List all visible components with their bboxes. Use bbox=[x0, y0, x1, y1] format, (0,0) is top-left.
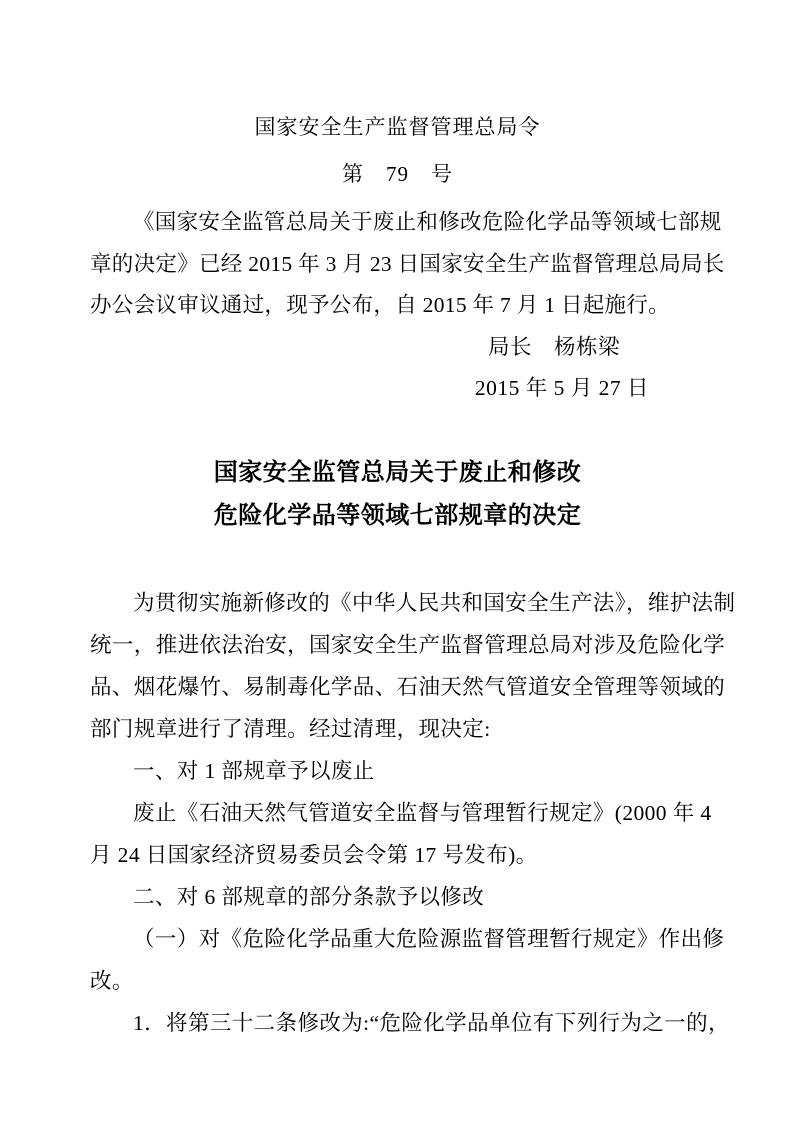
body-line: 部门规章进行了清理。经过清理，现决定: bbox=[90, 708, 705, 750]
signature-signer: 局长 杨栋梁 bbox=[90, 327, 705, 369]
body-line: 月 24 日国家经济贸易委员会令第 17 号发布)。 bbox=[90, 834, 705, 876]
body-line: 改。 bbox=[90, 960, 705, 1002]
intro-line: 章的决定》已经 2015 年 3 月 23 日国家安全生产监督管理总局局长 bbox=[90, 244, 705, 286]
decision-title-line: 国家安全监管总局关于废止和修改 bbox=[90, 452, 705, 495]
decision-title-line: 危险化学品等领域七部规章的决定 bbox=[90, 495, 705, 538]
body-line: 品、烟花爆竹、易制毒化学品、石油天然气管道安全管理等领域的 bbox=[90, 666, 705, 708]
intro-paragraph: 《国家安全监管总局关于废止和修改危险化学品等领域七部规章的决定》已经 2015 … bbox=[90, 202, 705, 327]
intro-line: 办公会议审议通过，现予公布，自 2015 年 7 月 1 日起施行。 bbox=[90, 285, 705, 327]
order-number: 第 79 号 bbox=[90, 154, 705, 196]
intro-line: 《国家安全监管总局关于废止和修改危险化学品等领域七部规 bbox=[90, 202, 705, 244]
document-page: 国家安全生产监督管理总局令 第 79 号 《国家安全监管总局关于废止和修改危险化… bbox=[0, 0, 793, 1122]
order-title: 国家安全生产监督管理总局令 bbox=[90, 107, 705, 149]
body-line: 统一，推进依法治安，国家安全生产监督管理总局对涉及危险化学 bbox=[90, 624, 705, 666]
body-line: 二、对 6 部规章的部分条款予以修改 bbox=[90, 876, 705, 918]
decision-title: 国家安全监管总局关于废止和修改危险化学品等领域七部规章的决定 bbox=[90, 452, 705, 538]
signature-date: 2015 年 5 月 27 日 bbox=[90, 368, 705, 410]
body-line: 为贯彻实施新修改的《中华人民共和国安全生产法》，维护法制 bbox=[90, 582, 705, 624]
body-line: （一）对《危险化学品重大危险源监督管理暂行规定》作出修 bbox=[90, 918, 705, 960]
document-body: 为贯彻实施新修改的《中华人民共和国安全生产法》，维护法制统一，推进依法治安，国家… bbox=[90, 582, 705, 1044]
body-line: 一、对 1 部规章予以废止 bbox=[90, 750, 705, 792]
body-line: 废止《石油天然气管道安全监督与管理暂行规定》(2000 年 4 bbox=[90, 792, 705, 834]
body-line: 1．将第三十二条修改为:“危险化学品单位有下列行为之一的， bbox=[90, 1002, 705, 1044]
